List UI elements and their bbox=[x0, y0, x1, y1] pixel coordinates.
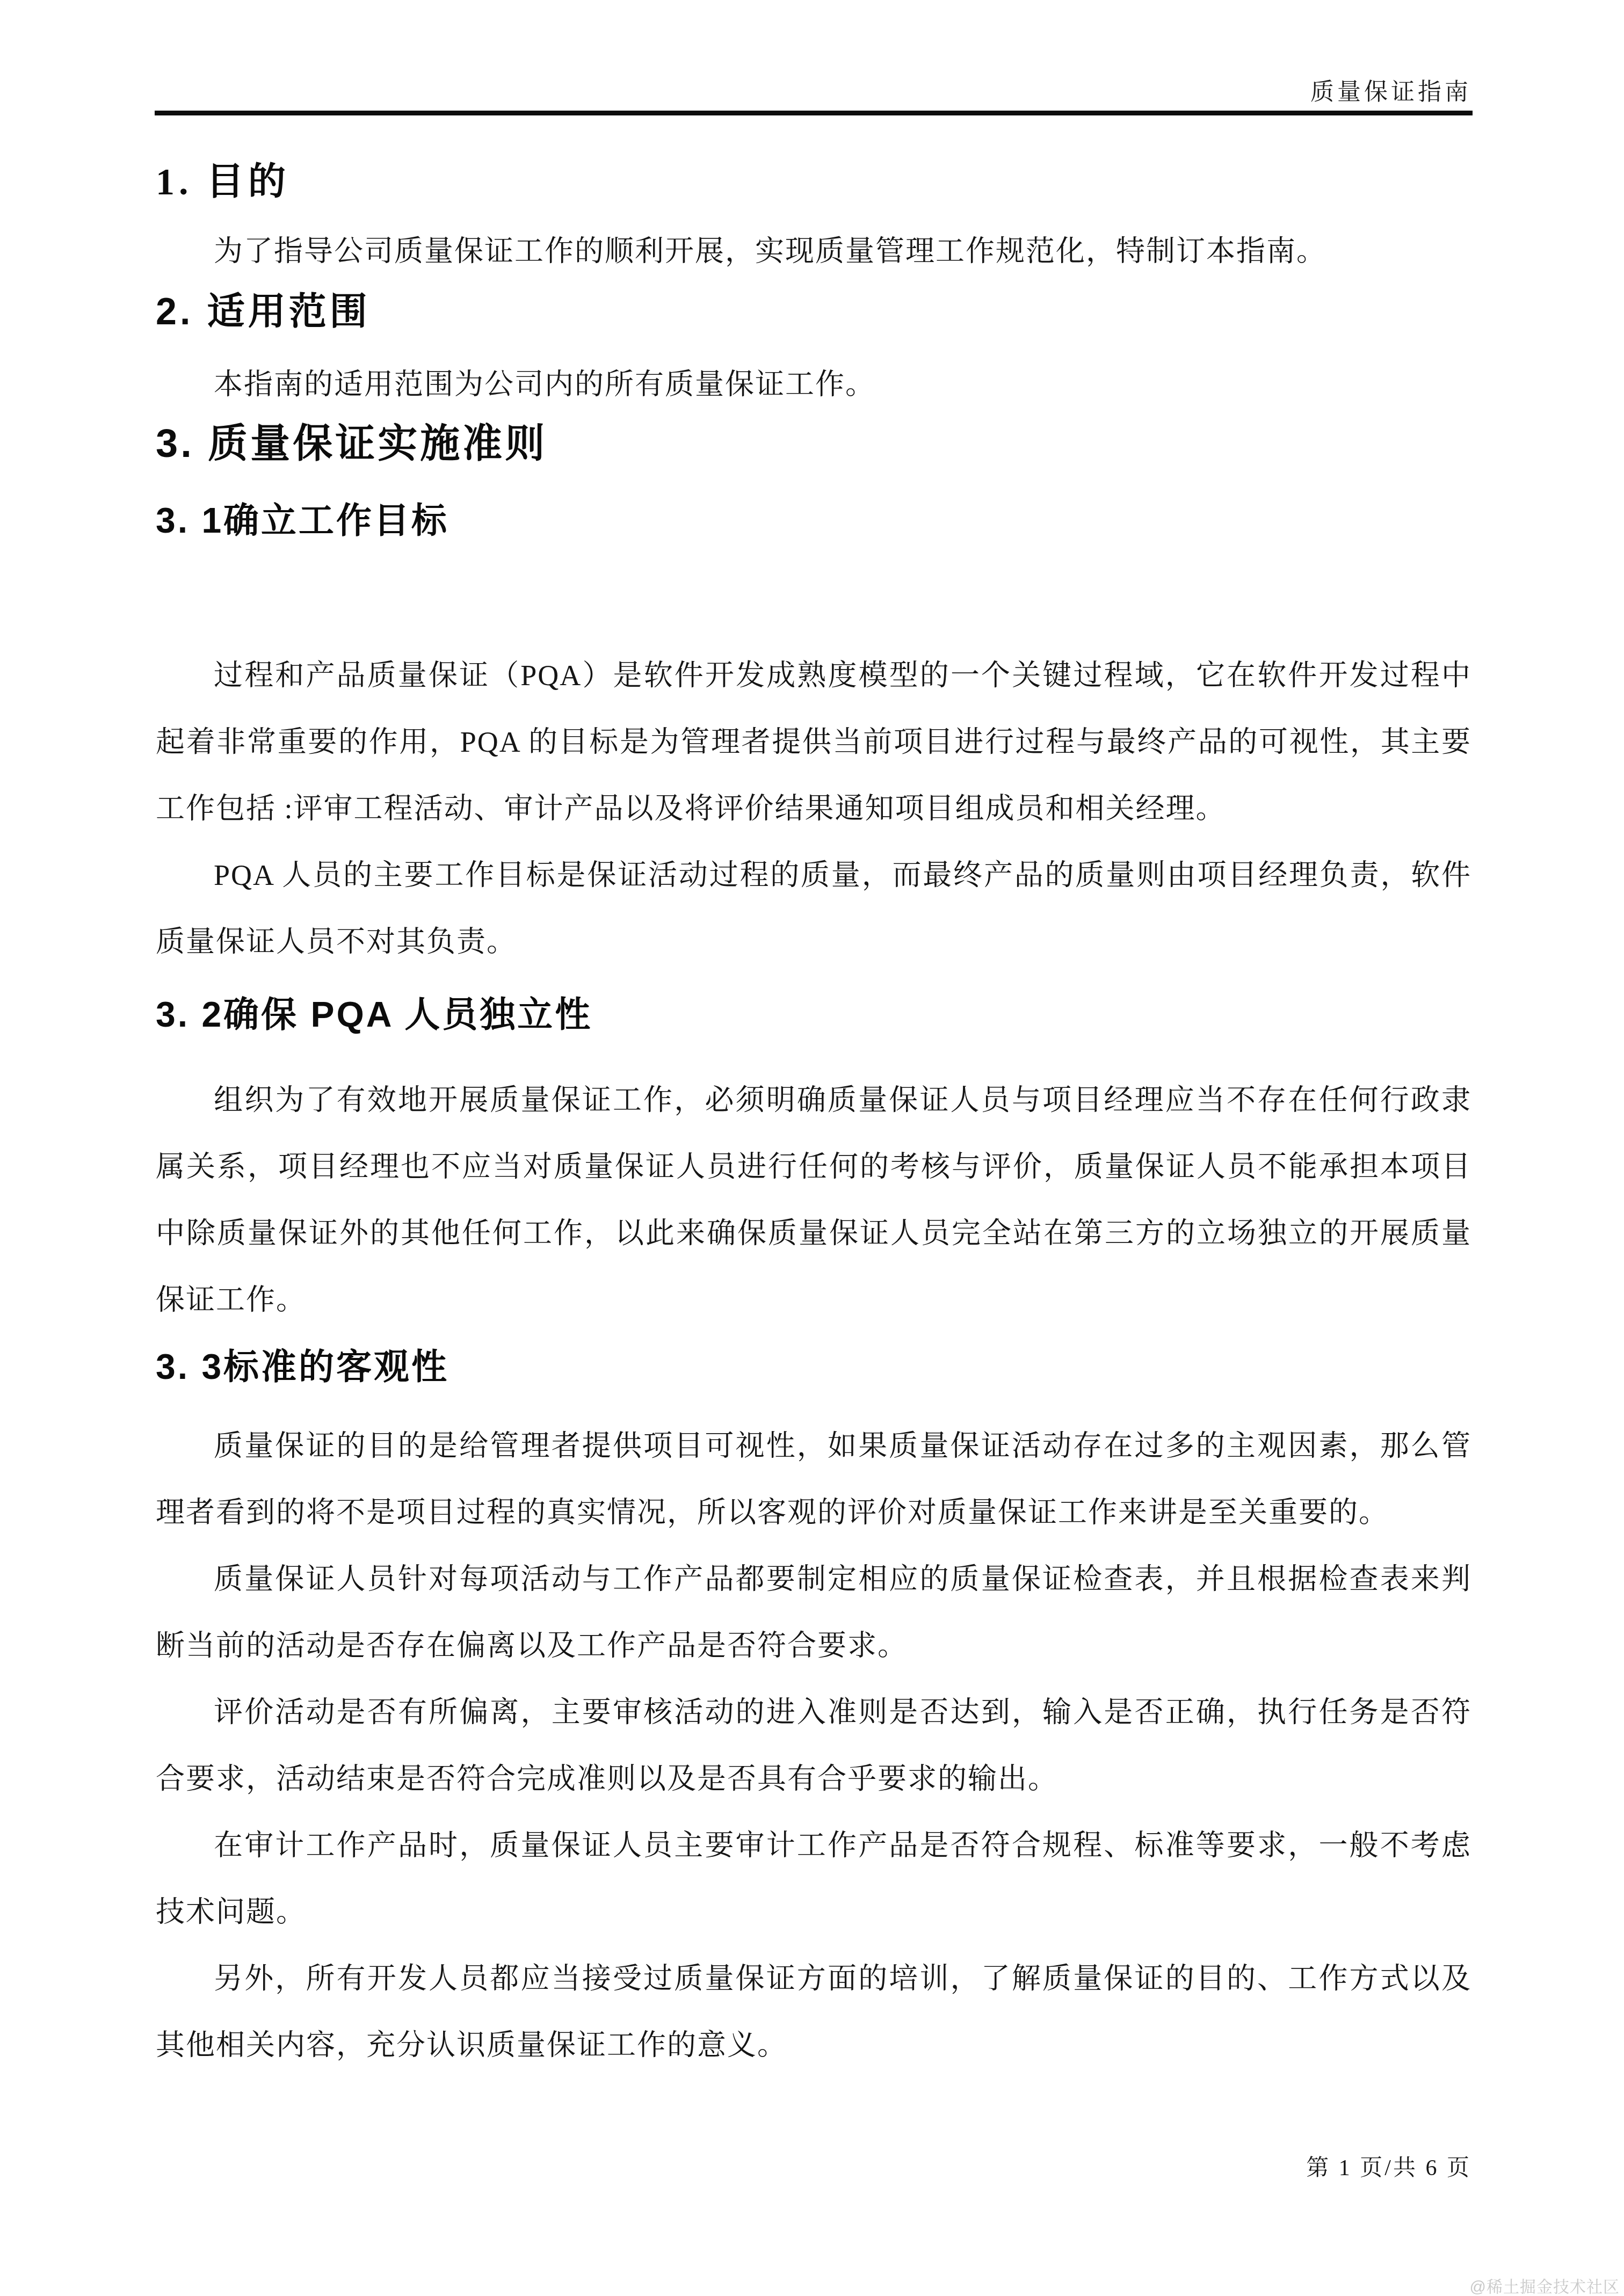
paragraph-checklists: 质量保证人员针对每项活动与工作产品都要制定相应的质量保证检查表，并且根据检查表来… bbox=[156, 1546, 1471, 1679]
paragraph-objectivity-visibility: 质量保证的目的是给管理者提供项目可视性，如果质量保证活动存在过多的主观因素，那么… bbox=[156, 1413, 1471, 1546]
paragraph-activity-evaluation: 评价活动是否有所偏离，主要审核活动的进入准则是否达到，输入是否正确，执行任务是否… bbox=[156, 1679, 1471, 1812]
header-rule-divider bbox=[155, 111, 1473, 115]
paragraph-independence: 组织为了有效地开展质量保证工作，必须明确质量保证人员与项目经理应当不存在任何行政… bbox=[156, 1067, 1471, 1333]
section-heading-1-purpose: 1. 目的 bbox=[156, 158, 1471, 207]
section-heading-3-2-pqa-independence: 3. 2确保 PQA 人员独立性 bbox=[156, 991, 1471, 1037]
paragraph-purpose: 为了指导公司质量保证工作的顺利开展，实现质量管理工作规范化，特制订本指南。 bbox=[156, 218, 1471, 285]
document-page: 质量保证指南 1. 目的 为了指导公司质量保证工作的顺利开展，实现质量管理工作规… bbox=[0, 0, 1624, 2296]
paragraph-pqa-goal: PQA 人员的主要工作目标是保证活动过程的质量，而最终产品的质量则由项目经理负责… bbox=[156, 842, 1471, 975]
section-heading-2-scope: 2. 适用范围 bbox=[156, 287, 1471, 336]
paragraph-product-audit: 在审计工作产品时，质量保证人员主要审计工作产品是否符合规程、标准等要求，一般不考… bbox=[156, 1812, 1471, 1945]
paragraph-training: 另外，所有开发人员都应当接受过质量保证方面的培训，了解质量保证的目的、工作方式以… bbox=[156, 1945, 1471, 2079]
section-heading-3-guidelines: 3. 质量保证实施准则 bbox=[156, 418, 1471, 469]
watermark-juejin-community: @稀土掘金技术社区 bbox=[1470, 2278, 1620, 2296]
section-heading-3-1-work-goals: 3. 1确立工作目标 bbox=[156, 497, 1471, 543]
section-heading-3-3-standard-objectivity: 3. 3标准的客观性 bbox=[156, 1343, 1471, 1390]
document-header-title: 质量保证指南 bbox=[1310, 78, 1471, 106]
paragraph-pqa-definition: 过程和产品质量保证（PQA）是软件开发成熟度模型的一个关键过程域，它在软件开发过… bbox=[156, 642, 1471, 842]
document-body: 1. 目的 为了指导公司质量保证工作的顺利开展，实现质量管理工作规范化，特制订本… bbox=[156, 115, 1471, 2079]
paragraph-scope: 本指南的适用范围为公司内的所有质量保证工作。 bbox=[156, 351, 1471, 418]
page-number: 第 1 页/共 6 页 bbox=[1306, 2154, 1471, 2182]
